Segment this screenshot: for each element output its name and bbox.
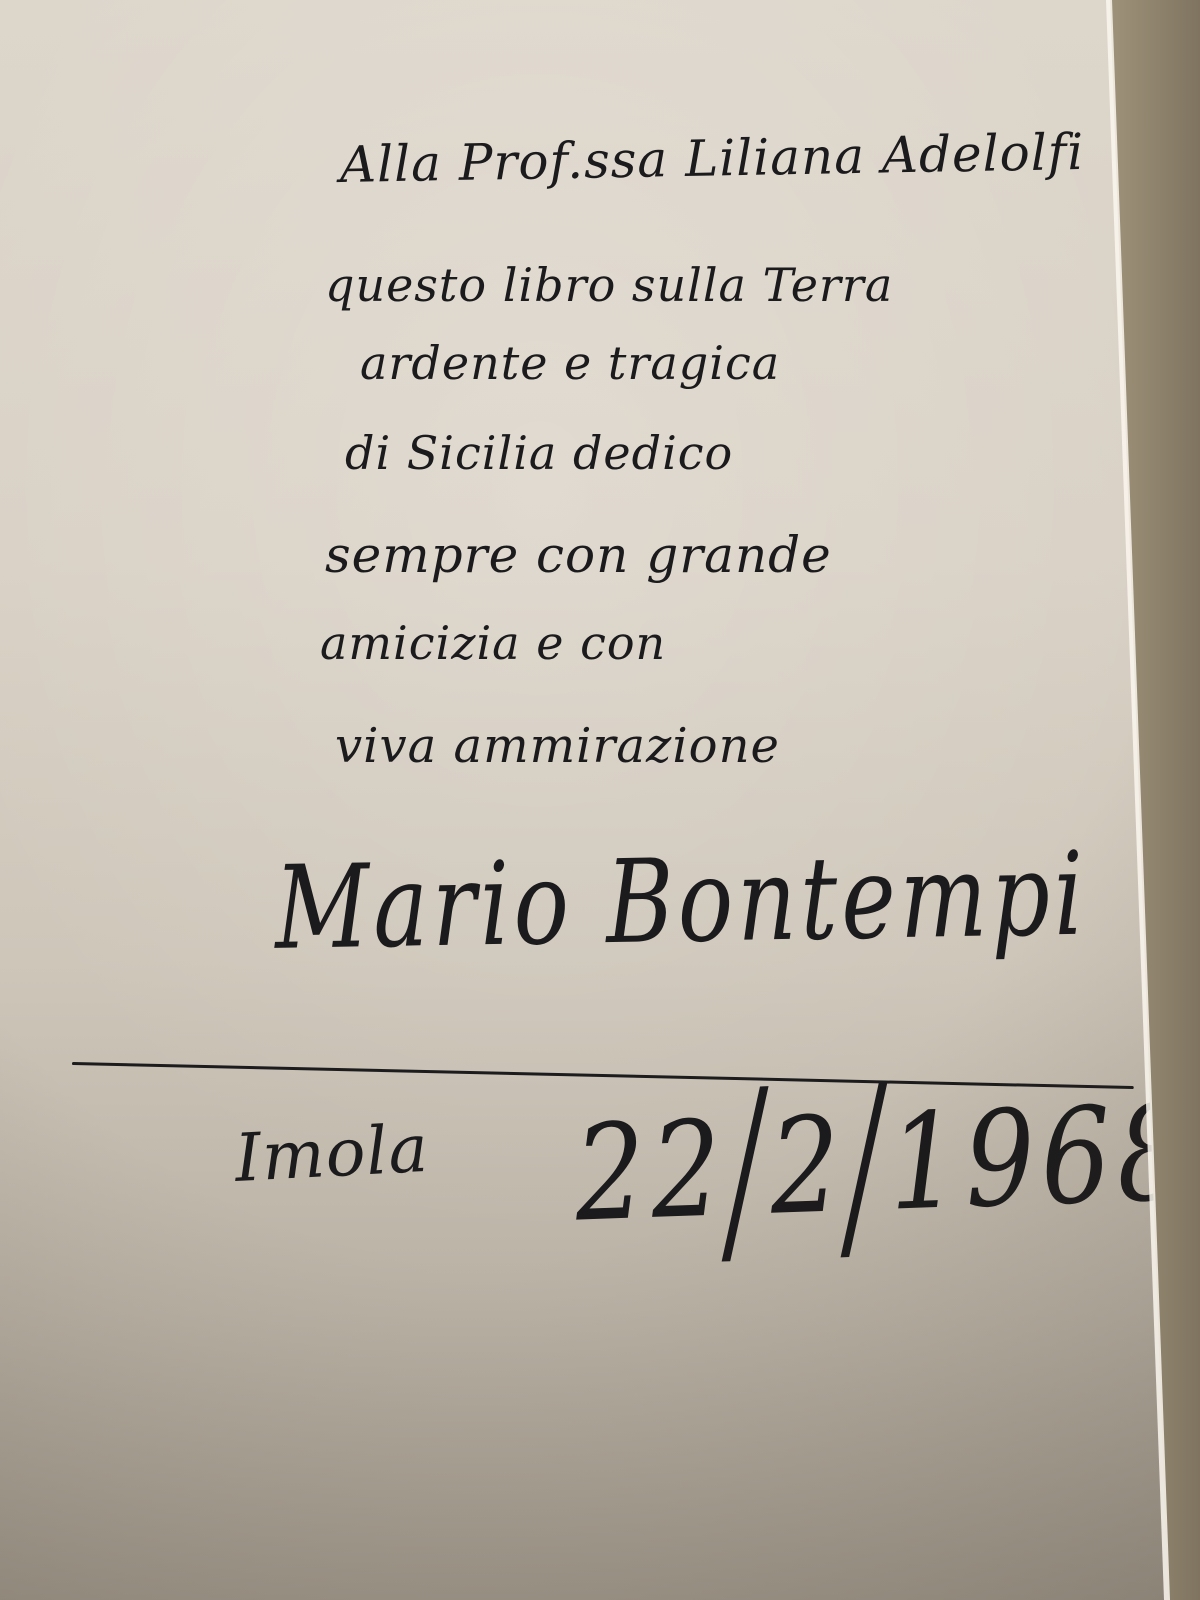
dedication-line-2: questo libro sulla Terra xyxy=(325,262,893,308)
dedication-date: 22/2/1968 xyxy=(572,1076,1195,1251)
place-name: Imola xyxy=(233,1110,431,1197)
dedication-line-7: viva ammirazione xyxy=(335,722,780,770)
dedication-line-5: sempre con grande xyxy=(325,530,832,580)
dedication-line-6: amicizia e con xyxy=(320,620,666,666)
author-signature: Mario Bontempi xyxy=(274,827,1089,975)
dedication-line-4: di Sicilia dedico xyxy=(345,430,733,476)
date-slash-2: / xyxy=(839,1040,896,1288)
photo-scene: Alla Prof.ssa Liliana Adelolfi questo li… xyxy=(0,0,1200,1600)
date-slash-1: / xyxy=(720,1044,777,1292)
dedication-line-1: Alla Prof.ssa Liliana Adelolfi xyxy=(340,127,1085,190)
flyleaf-page: Alla Prof.ssa Liliana Adelolfi questo li… xyxy=(0,0,1200,1600)
dedication-line-3: ardente e tragica xyxy=(360,340,780,386)
date-month: 2 xyxy=(767,1088,848,1244)
date-day: 22 xyxy=(572,1092,729,1251)
